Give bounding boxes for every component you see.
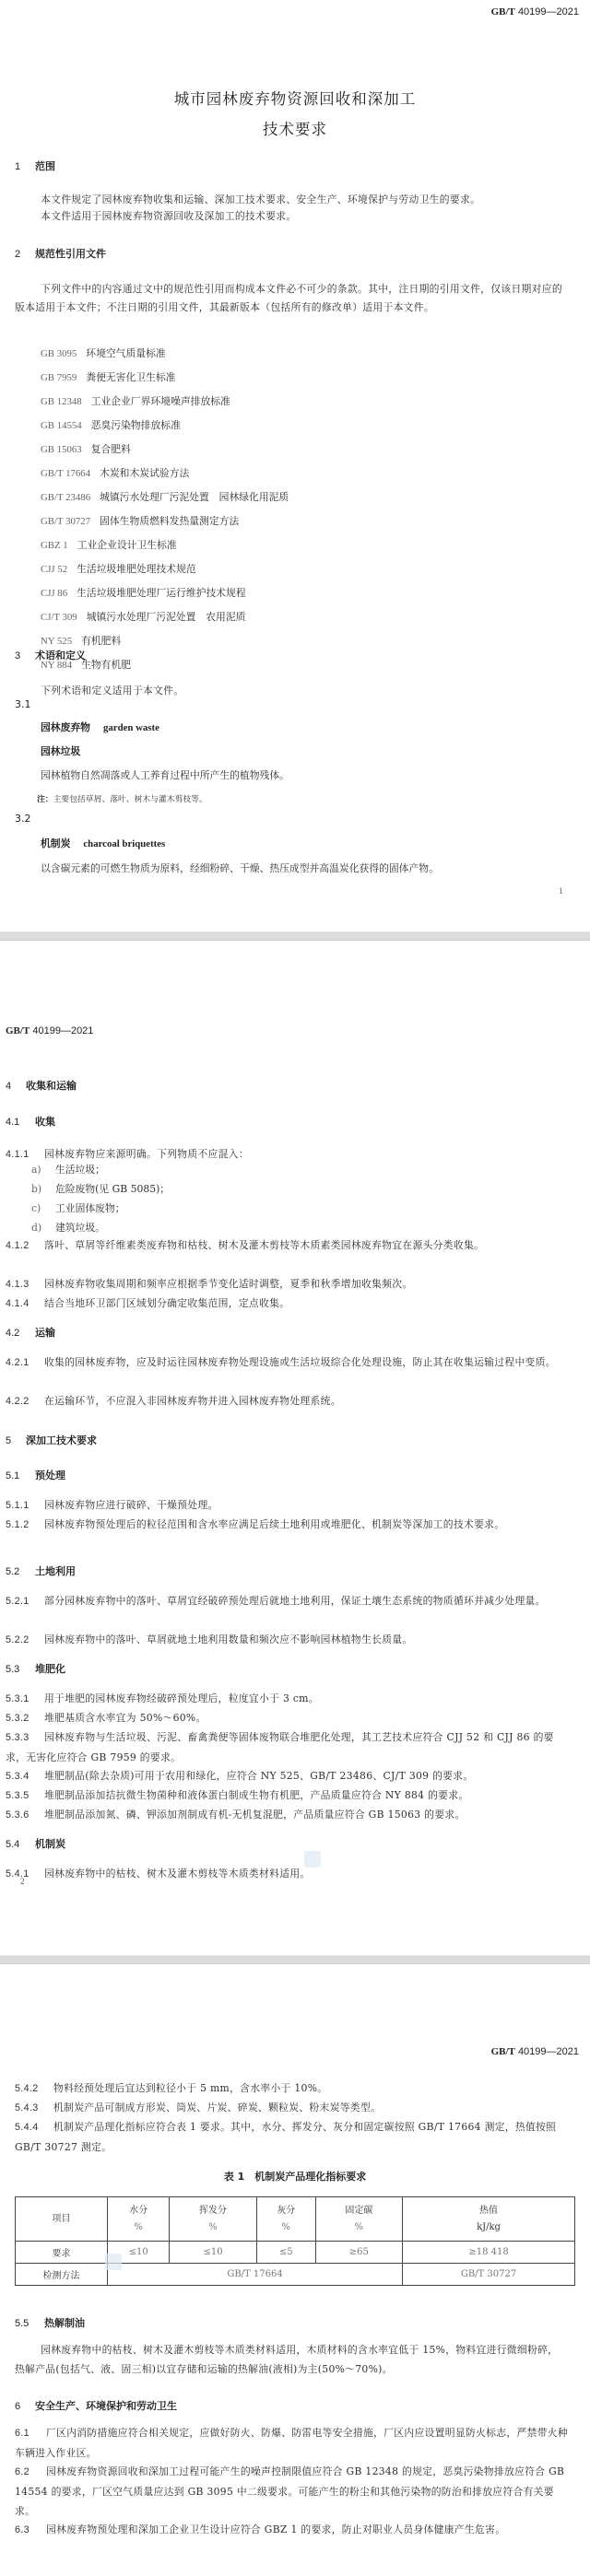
clause-5-4-2: 5.4.2物料经预处理后宜达到粒径小于 5 mm，含水率小于 10%。 [15,2078,568,2099]
section-title: 术语和定义 [35,650,86,662]
table-cell: ≤5 [256,2242,315,2264]
list-item: a)生活垃圾； [31,1163,105,1177]
term-charcoal-briquettes: 机制炭charcoal briquettes [41,837,165,850]
reference-item: NY 525有机肥料 [41,634,121,648]
section-number: 2 [15,249,35,260]
table-header-row: 项目 水分% 挥发分% 灰分% 固定碳% 热值kJ/kg [16,2197,575,2242]
reference-item: GBZ 1工业企业设计卫生标准 [41,538,177,552]
table-header-cell: 挥发分% [170,2197,256,2242]
table-cell: 要求 [16,2242,108,2264]
clause-5-4-4: 5.4.4机制炭产品理化指标应符合表 1 要求。其中，水分、挥发分、灰分和固定碳… [15,2117,568,2157]
section-5-5-paragraph: 园林废弃物中的枯枝、树木及灌木剪枝等木质类材料适用，木质材料的含水率宜低于 15… [15,2340,568,2379]
term-english: garden waste [103,722,159,733]
table-cell: 检测方法 [16,2264,108,2286]
clause-5-3-2: 5.3.2堆肥基质含水率宜为 50%～60%。 [6,1708,559,1728]
clause-5-3-5: 5.3.5堆肥制品添加拮抗微生物菌种和液体蛋白制成生物有机肥，产品质量应符合 N… [6,1786,559,1806]
section-6-heading: 6安全生产、环境保护和劳动卫生 [15,2398,177,2413]
table-header-cell: 项目 [16,2197,108,2242]
section-5-5-heading: 5.5热解制油 [15,2315,85,2330]
table-cell: ≥65 [315,2242,402,2264]
page-header-standard-id: GB/T 40199—2021 [6,1025,93,1036]
section-1-heading: 1范围 [15,158,55,173]
page-header-standard-id: GB/T 40199—2021 [491,6,579,18]
table-cell: ≤10 [170,2242,256,2264]
clause-6-3: 6.3园林废弃物预处理和深加工企业卫生设计应符合 GBZ 1 的要求，防止对职业… [15,2520,568,2540]
reference-item: CJ/T 309城镇污水处理厂污泥处置 农用泥质 [41,610,245,624]
reference-item: GB/T 30727固体生物质燃料发热量测定方法 [41,514,239,528]
section-title: 规范性引用文件 [35,248,106,260]
reference-item: GB 15063复合肥料 [41,442,131,456]
section-4-2-heading: 4.2运输 [6,1325,55,1340]
reference-item: CJJ 86生活垃圾堆肥处理厂运行维护技术规程 [41,586,246,600]
term-synonym: 园林垃圾 [41,744,80,758]
table-cell: GB/T 30727 [403,2264,575,2286]
term-3-2-number: 3.2 [15,813,31,825]
term-3-1-number: 3.1 [15,698,31,710]
clause-4-1-4: 4.1.4结合当地环卫部门区域划分确定收集范围，定点收集。 [6,1294,559,1314]
page-number: 2 [20,1877,25,1886]
page-number: 1 [559,886,563,896]
reference-item: GB 14554恶臭污染物排放标准 [41,418,181,432]
clause-4-1-3: 4.1.3园林废弃物收集周期和频率应根据季节变化适时调整，夏季和秋季增加收集频次… [6,1274,559,1294]
section-5-1-heading: 5.1预处理 [6,1468,65,1482]
clause-6-1: 6.1厂区内消防措施应符合相关规定，应做好防火、防爆、防雷电等安全措施，厂区内应… [15,2423,568,2463]
table-charcoal-specs: 项目 水分% 挥发分% 灰分% 固定碳% 热值kJ/kg 要求 ≤10 ≤10 … [15,2196,575,2286]
table-header-cell: 热值kJ/kg [403,2197,575,2242]
section-number: 1 [15,161,35,172]
section-4-1-heading: 4.1收集 [6,1114,55,1129]
scope-paragraph-2: 本文件适用于园林废弃物资源回收及深加工的技术要求。 [15,205,568,228]
standard-number: 40199—2021 [32,1025,93,1036]
page-separator [0,931,590,941]
page-header-standard-id: GB/T 40199—2021 [491,2046,579,2057]
section-5-4-heading: 5.4机制炭 [6,1836,65,1851]
term-note: 注：主要包括草屑、落叶、树木与灌木剪枝等。 [37,792,207,804]
section-5-3-heading: 5.3堆肥化 [6,1661,65,1676]
reference-item: GB 12348工业企业厂界环境噪声排放标准 [41,394,230,408]
list-item: d)建筑垃圾。 [31,1221,105,1235]
section-number: 3 [15,650,35,662]
document-title-line2: 技术要求 [0,117,590,139]
term-definition: 园林植物自然凋落或人工养育过程中所产生的植物残体。 [41,767,289,783]
standard-prefix: GB/T [6,1025,29,1036]
clause-5-4-3: 5.4.3机制炭产品可制成方形炭、筒炭、片炭、碎炭、颗粒炭、粉末炭等类型。 [15,2098,568,2118]
table-cell: ≥18 418 [403,2242,575,2264]
table-cell: GB/T 17664 [108,2264,403,2286]
clause-5-2-2: 5.2.2园林废弃物中的落叶、草屑就地土地利用数量和频次应不影响园林植物生长质量… [6,1630,559,1650]
watermark-icon [105,2254,122,2270]
table-header-cell: 固定碳% [315,2197,402,2242]
list-item: b)危险废物(见 GB 5085)； [31,1182,170,1196]
term-english: charcoal briquettes [83,838,165,849]
note-text: 主要包括草屑、落叶、树木与灌木剪枝等。 [53,795,207,804]
table-row: 要求 ≤10 ≤10 ≤5 ≥65 ≥18 418 [16,2242,575,2264]
clause-5-4-1: 5.4.1园林废弃物中的枯枝、树木及灌木剪枝等木质类材料适用。 [6,1864,559,1884]
clause-5-2-1: 5.2.1部分园林废弃物中的落叶、草屑宜经破碎预处理后就地土地利用，保证土壤生态… [6,1591,559,1611]
reference-item: GB 3095环境空气质量标准 [41,346,166,360]
clause-4-2-1: 4.2.1收集的园林废弃物，应及时运往园林废弃物处理设施或生活垃圾综合化处理设施… [6,1352,559,1373]
reference-item: GB/T 17664木炭和木炭试验方法 [41,466,189,480]
standard-prefix: GB/T [491,6,515,18]
clause-5-1-2: 5.1.2园林废弃物预处理后的粒径范围和含水率应满足后续土地利用或堆肥化、机制炭… [6,1515,559,1535]
table-header-cell: 水分% [108,2197,170,2242]
standard-prefix: GB/T [491,2046,515,2057]
document-title-line1: 城市园林废弃物资源回收和深加工 [0,87,590,109]
table-1-caption: 表 1 机制炭产品理化指标要求 [0,2169,590,2184]
clause-5-3-6: 5.3.6堆肥制品添加氮、磷、钾添加剂制成有机-无机复混肥，产品质量应符合 GB… [6,1805,559,1825]
clause-6-2: 6.2园林废弃物资源回收和深加工过程可能产生的噪声控制限值应符合 GB 1234… [15,2462,568,2521]
section-title: 范围 [35,160,55,172]
clause-4-1-2: 4.1.2落叶、草屑等纤维素类废弃物和枯枝、树木及灌木剪枝等木质素类园林废弃物宜… [6,1235,559,1256]
section-4-heading: 4收集和运输 [6,1078,77,1093]
clause-4-2-2: 4.2.2在运输环节，不应混入非园林废弃物并进入园林废弃物处理系统。 [6,1391,559,1411]
section-5-2-heading: 5.2土地利用 [6,1563,76,1578]
term-definition: 以含碳元素的可燃生物质为原料，经细粉碎、干燥、热压成型并高温炭化获得的固体产物。 [41,861,439,876]
table-row: 检测方法 GB/T 17664 GB/T 30727 [16,2264,575,2286]
section-5-heading: 5深加工技术要求 [6,1433,97,1447]
section-2-heading: 2规范性引用文件 [15,246,106,261]
note-label: 注： [37,795,53,804]
page-separator [0,1955,590,1964]
reference-item: GB 7959粪便无害化卫生标准 [41,370,175,384]
standard-number: 40199—2021 [518,2046,579,2057]
clause-5-3-4: 5.3.4堆肥制品(除去杂质)可用于农用和绿化，应符合 NY 525、GB/T … [6,1766,559,1786]
section-3-heading: 3术语和定义 [15,648,86,662]
standard-number: 40199—2021 [518,6,579,18]
clause-5-3-1: 5.3.1用于堆肥的园林废弃物经破碎预处理后，粒度宜小于 3 cm。 [6,1689,559,1709]
list-item: c)工业固体废物； [31,1201,125,1215]
reference-item: CJJ 52生活垃圾堆肥处理技术规范 [41,562,196,576]
normative-refs-intro: 下列文件中的内容通过文中的规范性引用而构成本文件必不可少的条款。其中，注日期的引… [15,280,568,317]
terms-intro: 下列术语和定义适用于本文件。 [15,679,568,703]
reference-item: GB/T 23486城镇污水处理厂污泥处置 园林绿化用泥质 [41,490,289,504]
clause-5-3-3: 5.3.3园林废弃物与生活垃圾、污泥、畜禽粪便等固体废物联合堆肥化处理，其工艺技… [6,1727,559,1767]
term-garden-waste: 园林废弃物garden waste [41,720,159,734]
term-chinese: 园林废弃物 [41,721,90,733]
term-chinese: 机制炭 [41,837,70,849]
clause-5-1-1: 5.1.1园林废弃物应进行破碎、干燥预处理。 [6,1495,559,1516]
table-header-cell: 灰分% [256,2197,315,2242]
